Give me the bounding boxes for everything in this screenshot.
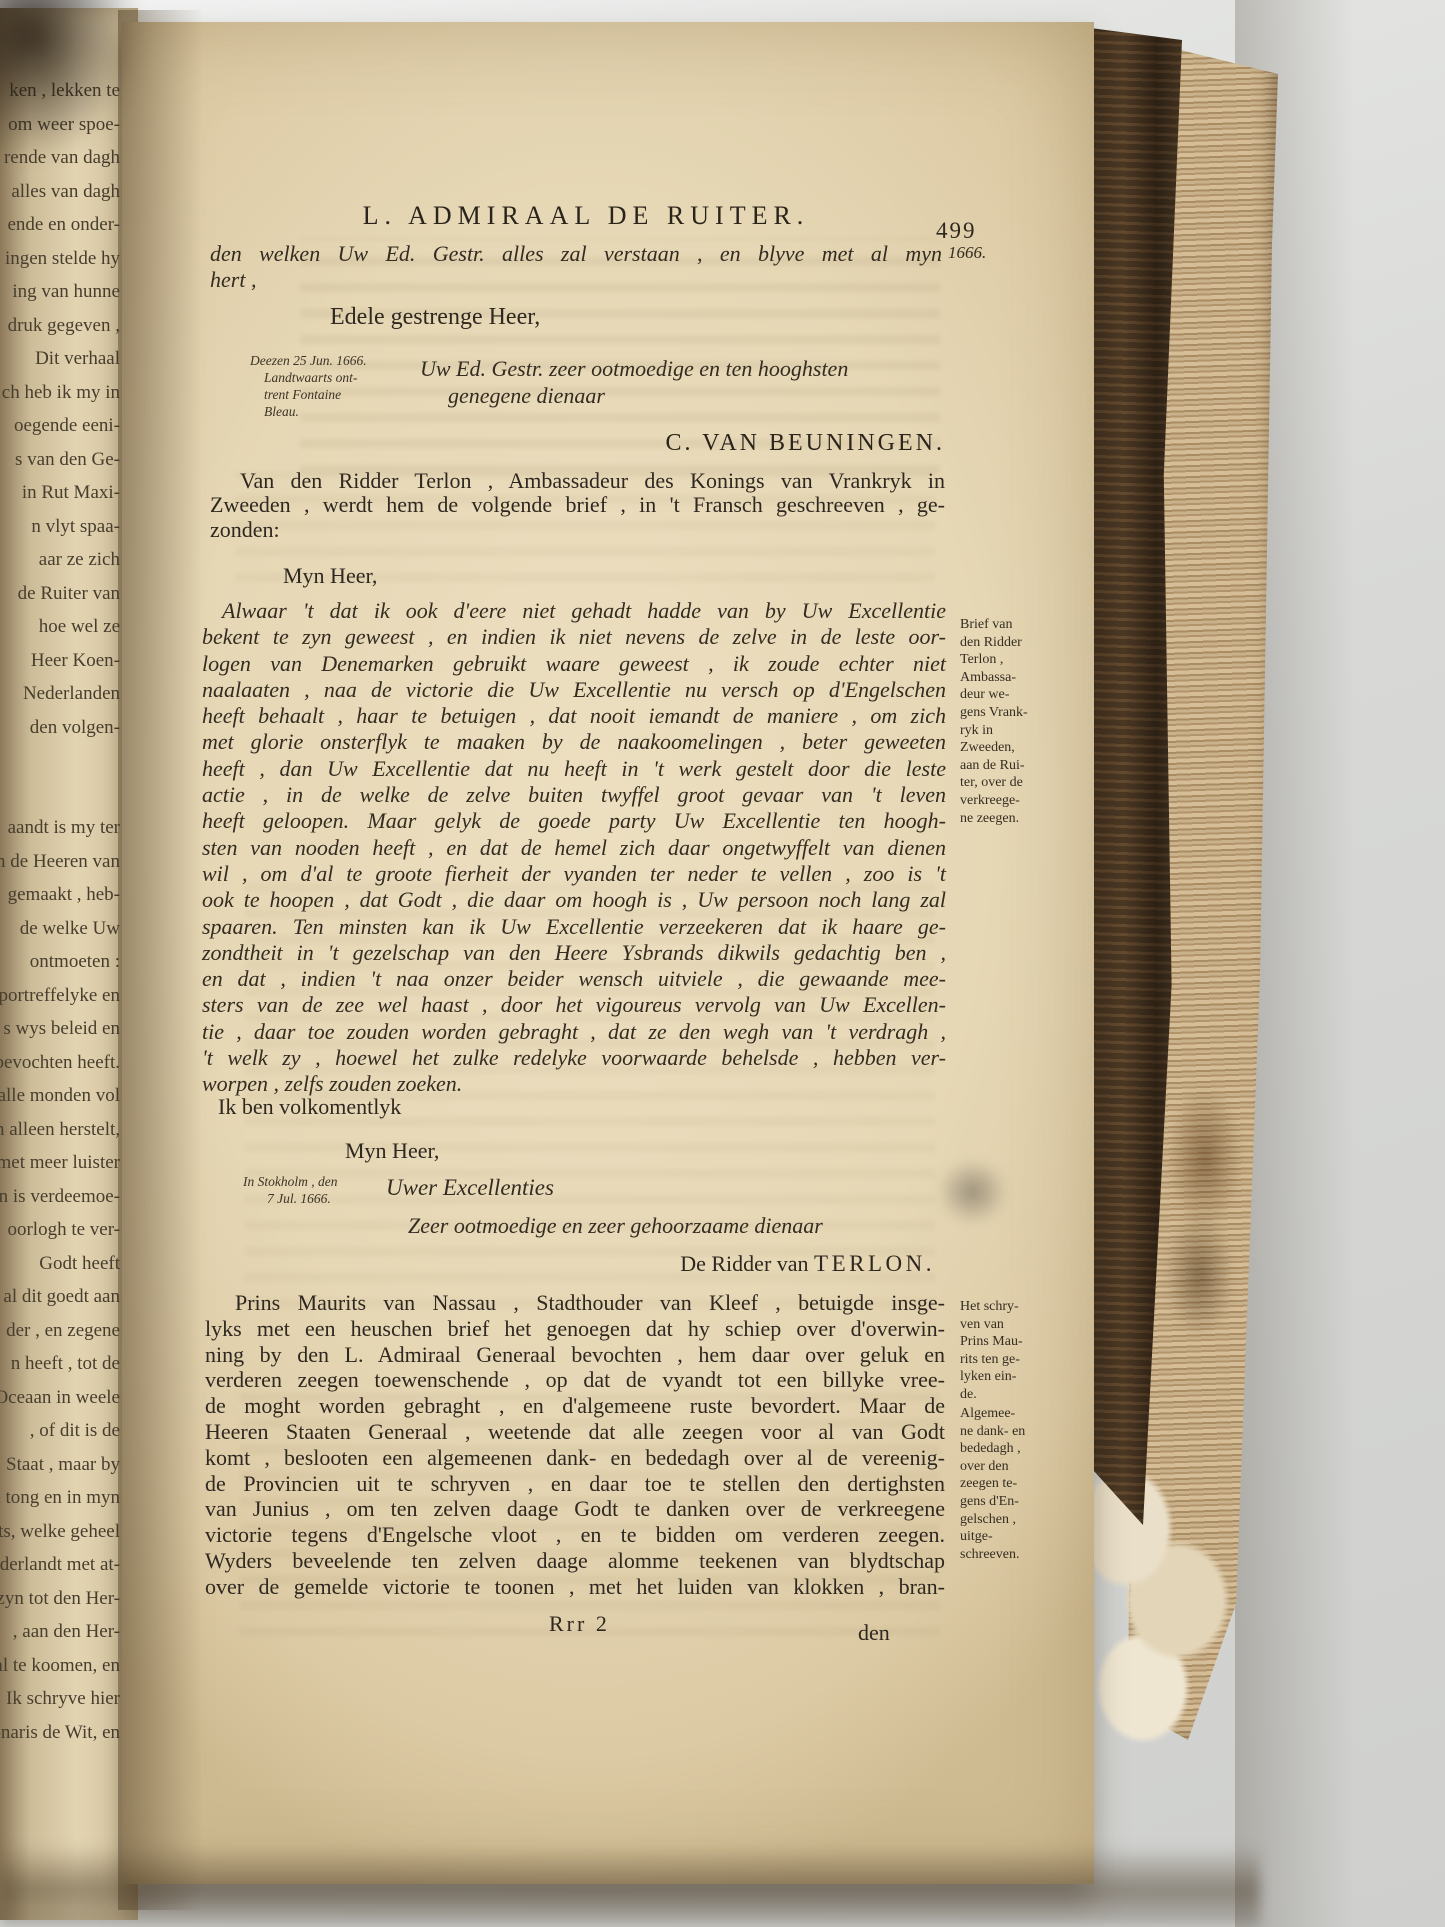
left-page-text-line: de welke Uw <box>0 912 120 946</box>
left-page-text-line: s wys beleid en <box>0 1012 120 1046</box>
left-page-text-line: Nederlanden <box>0 677 120 711</box>
letter-closing-line2: genegene dienaar <box>448 383 605 409</box>
letter-line: logen van Denemarken gebruikt waare gewe… <box>202 651 946 677</box>
margin-note-line: In Stokholm , den <box>243 1173 383 1190</box>
catchword: den <box>858 1620 890 1646</box>
letter-line: heeft behaalt , haar te betuigen , dat n… <box>202 703 946 729</box>
left-page-text-line: n de Heeren van <box>0 845 120 879</box>
left-page-text-line: n tong en in myn <box>0 1481 120 1515</box>
left-page-text-line: der , en zegene <box>0 1314 120 1348</box>
margin-note-brief-terlon: Brief vanden RidderTerlon ,Ambassa-deur … <box>960 616 1040 827</box>
letter-line: spaaren. Ten minsten kan ik Uw Excellent… <box>202 914 946 940</box>
left-page-text-fragments: ken , lekken teom weer spoe-rende van da… <box>0 74 120 1749</box>
paragraph-maurits: Prins Maurits van Nassau , Stadthouder v… <box>205 1290 945 1600</box>
left-page-text-line: rts, welke geheel <box>0 1515 120 1549</box>
letter-line: Alwaar 't dat ik ook d'eere niet gehadt … <box>202 598 946 624</box>
letter-line: ook te hoopen , dat Godt , die daar om h… <box>202 887 946 913</box>
left-page-text-line: aandt is my ter <box>0 811 120 845</box>
paragraph-line: de Provincien uit te schryven , en daar … <box>205 1471 945 1497</box>
left-page-text-line: , aan den Her- <box>0 1615 120 1649</box>
left-page-text-line: gemaakt , heb- <box>0 878 120 912</box>
margin-note-line: ne dank- en <box>960 1423 1046 1441</box>
letter-salutation-terlon: Myn Heer, <box>283 563 377 589</box>
left-page-text-line: Oceaan in weele <box>0 1381 120 1415</box>
terlon-letter-body: Alwaar 't dat ik ook d'eere niet gehadt … <box>202 598 946 1098</box>
signature-van-beuningen: C. VAN BEUNINGEN. <box>548 430 945 457</box>
margin-note-stokholm: In Stokholm , den7 Jul. 1666. <box>243 1173 383 1207</box>
margin-note-line: uitge- <box>960 1528 1046 1546</box>
letter-close-uwer-excellenties: Uwer Excellenties <box>386 1175 554 1201</box>
signature-terlon: De Ridder van TERLON. <box>553 1251 935 1277</box>
margin-note-line: lyken ein- <box>960 1368 1046 1386</box>
letter-line: en dat , indien 't naa onzer beider wens… <box>202 966 946 992</box>
margin-note-line: Zweeden, <box>960 739 1040 757</box>
left-page-text-line: Dit verhaal <box>0 342 120 376</box>
left-page-text-line: ch heb ik my in <box>0 376 120 410</box>
letter-close-myn-heer: Myn Heer, <box>345 1138 439 1164</box>
left-page-text-line: Godt heeft <box>0 1247 120 1281</box>
paragraph-line: de moght worden gebraght , en d'algemeen… <box>205 1393 945 1419</box>
left-page-text-line <box>0 744 120 778</box>
margin-note-line: verkreege- <box>960 792 1040 810</box>
paragraph-line: van Junius , om ten zelven daage Godt te… <box>205 1496 945 1522</box>
letter-line: sters van de zee wel haast , door het vi… <box>202 992 946 1018</box>
letter-close-dienaar: Zeer ootmoedige en zeer gehoorzaame dien… <box>408 1213 823 1239</box>
paragraph-line: Prins Maurits van Nassau , Stadthouder v… <box>205 1290 945 1316</box>
paragraph-terlon-intro: Van den Ridder Terlon , Ambassadeur des … <box>210 469 945 542</box>
letter-line: zondtheit in 't gezelschap van den Heere… <box>202 940 946 966</box>
page-bottom-shadow <box>0 1845 1260 1927</box>
margin-note-line: Algemee- <box>960 1405 1046 1423</box>
left-page-text-line: druk gegeven , <box>0 309 120 343</box>
margin-note-line: Brief van <box>960 616 1040 634</box>
left-page-text-line: Ik schryve hier <box>0 1682 120 1716</box>
left-page-text-line: Heer Koen- <box>0 644 120 678</box>
left-page-text-line: aal te koomen, en <box>0 1649 120 1683</box>
margin-note-line: rits ten ge- <box>960 1351 1046 1369</box>
margin-note-line: Terlon , <box>960 651 1040 669</box>
left-page-text-line <box>0 778 120 812</box>
margin-note-line: 7 Jul. 1666. <box>243 1190 383 1207</box>
left-page-text-line: oegende eeni- <box>0 409 120 443</box>
left-page-text-line: derlandt met at- <box>0 1548 120 1582</box>
margin-note-line: Het schry- <box>960 1298 1046 1316</box>
margin-note-line: Ambassa- <box>960 669 1040 687</box>
margin-note-line: deur we- <box>960 686 1040 704</box>
letter-line: wil , om d'al te groote fierheit der vya… <box>202 861 946 887</box>
paragraph-line: komt , beslooten een algemeenen dank- en… <box>205 1445 945 1471</box>
margin-note-line: gens d'En- <box>960 1493 1046 1511</box>
paragraph-line: Heeren Staaten Generaal , weetende dat a… <box>205 1419 945 1445</box>
letter-closing-line1: Uw Ed. Gestr. zeer ootmoedige en ten hoo… <box>420 356 848 382</box>
left-page-text-line: , of dit is de <box>0 1414 120 1448</box>
letter-line: heeft , dan Uw Excellentie dat nu heeft … <box>202 756 946 782</box>
fore-edge-stain <box>1150 1080 1260 1340</box>
paragraph-line: zonden: <box>210 518 945 542</box>
book-photograph: ken , lekken teom weer spoe-rende van da… <box>0 0 1445 1927</box>
left-page-text-line: den volgen- <box>0 711 120 745</box>
left-page-text-line: de Ruiter van <box>0 577 120 611</box>
torn-paper-edge <box>1075 1470 1245 1760</box>
margin-note-date-fontainebleau: Deezen 25 Jun. 1666.Landtwaarts ont-tren… <box>250 352 380 420</box>
running-header: L. ADMIRAAL DE RUITER. <box>308 201 864 231</box>
margin-note-line: de. <box>960 1386 1046 1404</box>
margin-note-line: gelschen , <box>960 1511 1046 1529</box>
letter-line: bekent te zyn geweest , en indien ik nie… <box>202 624 946 650</box>
left-page-text-line: zyn tot den Her- <box>0 1582 120 1616</box>
margin-note-line: Prins Mau- <box>960 1333 1046 1351</box>
paragraph-line: Zweeden , werdt hem de volgende brief , … <box>210 493 945 517</box>
letter-close-volkomentlyk: Ik ben volkomentlyk <box>218 1094 401 1120</box>
left-page-text-line: portreffelyke en <box>0 979 120 1013</box>
left-page-text-line: bevochten heeft. <box>0 1046 120 1080</box>
paragraph-line: victorie tegens d'Engelsche vloot , en t… <box>205 1522 945 1548</box>
letter-salutation-beuningen: Edele gestrenge Heer, <box>330 304 540 331</box>
margin-note-line: gens Vrank- <box>960 704 1040 722</box>
margin-note-line: ven van <box>960 1316 1046 1334</box>
margin-note-line: ne zeegen. <box>960 810 1040 828</box>
margin-note-line: schreeven. <box>960 1546 1046 1564</box>
left-page-text-line: onaris de Wit, en <box>0 1716 120 1750</box>
margin-note-line: den Ridder <box>960 634 1040 652</box>
left-page-text-line: n alleen herstelt, <box>0 1113 120 1147</box>
margin-year-note: 1666. <box>948 243 986 263</box>
top-left-shadow <box>0 0 200 230</box>
margin-note-line: over den <box>960 1458 1046 1476</box>
margin-note-line: Deezen 25 Jun. 1666. <box>250 352 380 369</box>
letter-line: naalaaten , naa de victorie die Uw Excel… <box>202 677 946 703</box>
margin-note-line: bededagh , <box>960 1440 1046 1458</box>
margin-note-line: ter, over de <box>960 774 1040 792</box>
left-page-text-line: Staat , maar by <box>0 1448 120 1482</box>
left-page-text-line: aar ze zich <box>0 543 120 577</box>
left-page-text-line: n is verdeemoe- <box>0 1180 120 1214</box>
paragraph-line: ning by den L. Admiraal Generaal bevocht… <box>205 1342 945 1368</box>
left-page-text-line: hoe wel ze <box>0 610 120 644</box>
margin-note-line: trent Fontaine <box>250 386 380 403</box>
letter-line: 't welk zy , hoewel het zulke redelyke v… <box>202 1045 946 1071</box>
paragraph-line: over de gemelde victorie te toonen , met… <box>205 1574 945 1600</box>
left-page-text-line: n heeft , tot de <box>0 1347 120 1381</box>
paragraph-line: Wyders beveelende ten zelven daage alomm… <box>205 1548 945 1574</box>
letter-line: tie , daar toe zouden worden gebraght , … <box>202 1019 946 1045</box>
left-page-text-line: s van den Ge- <box>0 443 120 477</box>
margin-note-line: Bleau. <box>250 403 380 420</box>
letter-line: actie , in de welke de zelve buiten twyf… <box>202 782 946 808</box>
page-smudge-stain <box>912 1140 1022 1255</box>
left-page-text-line: ingen stelde hy <box>0 242 120 276</box>
paragraph-line: lyks met een heuschen brief het genoegen… <box>205 1316 945 1342</box>
gutter-shadow <box>118 10 203 1910</box>
left-page-text-line: oorlogh te ver- <box>0 1213 120 1247</box>
letter-line: heeft geloopen. Maar gelyk de goede part… <box>202 808 946 834</box>
left-page-text-line: alle monden vol <box>0 1079 120 1113</box>
page-number: 499 <box>936 218 977 244</box>
margin-note-line: zeegen te- <box>960 1475 1046 1493</box>
paragraph-line: verderen zeegen toewenschende , op dat d… <box>205 1367 945 1393</box>
letter-line: met glorie onsterflyk te maaken by de na… <box>202 729 946 755</box>
left-page-text-line: al dit goedt aan <box>0 1280 120 1314</box>
left-page-text-line: ing van hunne <box>0 275 120 309</box>
margin-note-line: Landtwaarts ont- <box>250 369 380 386</box>
left-page-text-line: in Rut Maxi- <box>0 476 120 510</box>
signature-mark: Rrr 2 <box>549 1611 610 1637</box>
letter-line: sten van nooden heeft , en dat de hemel … <box>202 835 946 861</box>
margin-note-dankdagh: Algemee-ne dank- enbededagh ,over denzee… <box>960 1405 1046 1563</box>
signature-terlon-prefix: De Ridder van <box>680 1251 814 1276</box>
margin-note-line: ryk in <box>960 722 1040 740</box>
letter-end-line1: den welken Uw Ed. Gestr. alles zal verst… <box>210 241 942 267</box>
margin-note-line: aan de Rui- <box>960 757 1040 775</box>
left-page-text-line: n vlyt spaa- <box>0 510 120 544</box>
left-page-text-line: met meer luister <box>0 1146 120 1180</box>
paragraph-line: Van den Ridder Terlon , Ambassadeur des … <box>210 469 945 493</box>
left-page-text-line: ontmoeten : <box>0 945 120 979</box>
margin-note-maurits: Het schry-ven vanPrins Mau-rits ten ge-l… <box>960 1298 1046 1404</box>
letter-end-line2: hert , <box>210 267 256 293</box>
